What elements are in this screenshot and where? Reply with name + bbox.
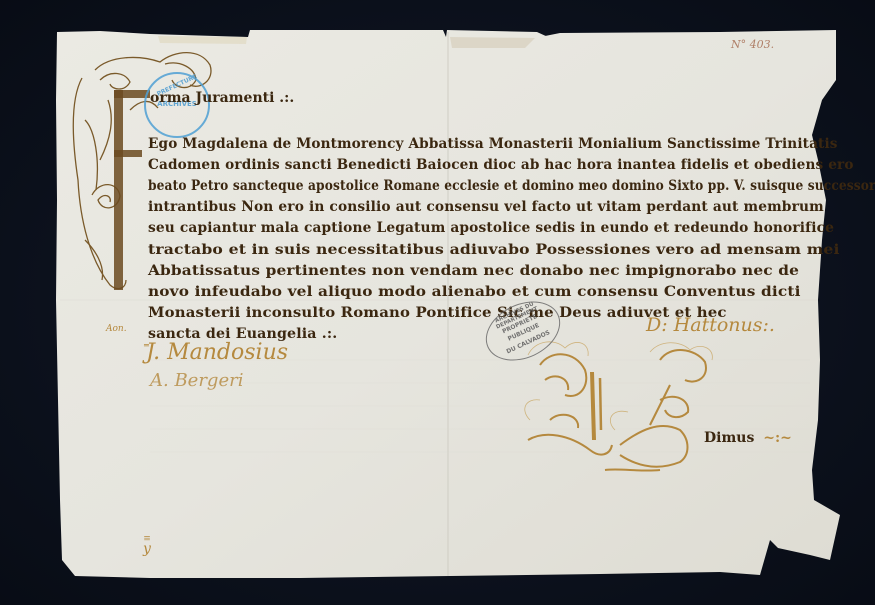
catalog-number: N° 403. (731, 38, 774, 51)
text-line-6: tractabo et in suis necessitatibus adiuv… (148, 242, 840, 258)
text-line-1: Ego Magdalena de Montmorency Abbatissa M… (148, 136, 838, 152)
text-line-2: Cadomen ordinis sancti Benedicti Baiocen… (148, 157, 854, 173)
bottom-mark: ≡ y (143, 534, 151, 554)
text-line-3: beato Petro sancteque apostolice Romane … (148, 178, 875, 194)
text-line-7: Abbatissatus pertinentes non vendam nec … (148, 263, 799, 279)
signature-mandosius: J. Mandosius (146, 340, 288, 365)
parchment-sheet (0, 0, 875, 605)
signature-hattonus: D: Hattonus:. (646, 314, 775, 336)
document-heading: orma Juramenti .:. (150, 90, 294, 106)
text-line-5: seu capiantur mala captione Legatum apos… (148, 220, 834, 236)
text-line-9: Monasterii inconsulto Romano Pontifice S… (148, 305, 727, 321)
closing-word: Dimus ~:~ (704, 430, 792, 446)
text-line-4: intrantibus Non ero in consilio aut cons… (148, 199, 824, 215)
signature-bergeri: A. Bergeri (150, 370, 243, 391)
text-line-8: novo infeudabo vel aliquo modo alienabo … (148, 284, 801, 300)
margin-note: Aon. (106, 324, 127, 334)
